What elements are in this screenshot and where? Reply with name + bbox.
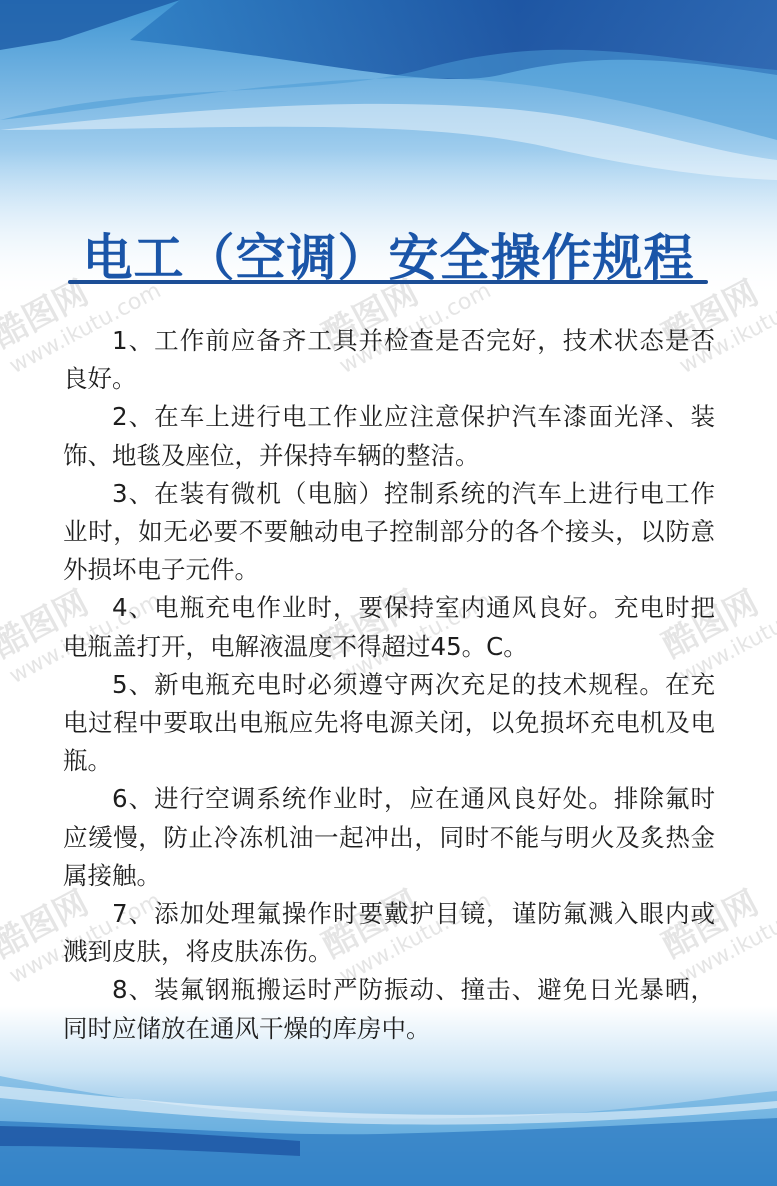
rule-item: 3、在装有微机（电脑）控制系统的汽车上进行电工作业时，如无必要不要触动电子控制部…: [63, 475, 715, 590]
rule-item: 4、电瓶充电作业时，要保持室内通风良好。充电时把电瓶盖打开，电解液温度不得超过4…: [63, 589, 715, 665]
title-divider: [68, 280, 708, 284]
rule-item: 7、添加处理氟操作时要戴护目镜，谨防氟溅入眼内或溅到皮肤，将皮肤冻伤。: [63, 895, 715, 971]
rule-item: 5、新电瓶充电时必须遵守两次充足的技术规程。在充电过程中要取出电瓶应先将电源关闭…: [63, 666, 715, 781]
rule-item: 6、进行空调系统作业时，应在通风良好处。排除氟时应缓慢，防止冷冻机油一起冲出，同…: [63, 780, 715, 895]
rules-list: 1、工作前应备齐工具并检查是否完好，技术状态是否良好。 2、在车上进行电工作业应…: [63, 322, 715, 1048]
rule-item: 2、在车上进行电工作业应注意保护汽车漆面光泽、装饰、地毯及座位，并保持车辆的整洁…: [63, 398, 715, 474]
rule-item: 8、装氟钢瓶搬运时严防振动、撞击、避免日光暴晒，同时应储放在通风干燥的库房中。: [63, 971, 715, 1047]
page-title: 电工（空调）安全操作规程: [0, 220, 777, 296]
rule-item: 1、工作前应备齐工具并检查是否完好，技术状态是否良好。: [63, 322, 715, 398]
